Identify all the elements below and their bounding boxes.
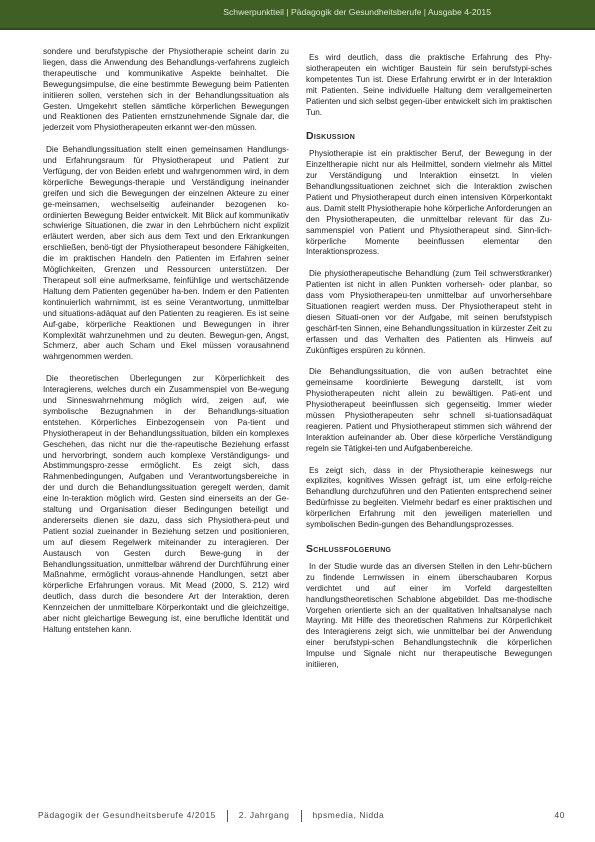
section-heading-schlussfolgerung: Schlussfolgerung (306, 542, 552, 556)
body-paragraph: In der Studie wurde das an diversen Stel… (306, 562, 552, 671)
footer-journal: Pädagogik der Gesundheitsberufe 4/2015 (38, 810, 216, 820)
body-paragraph: Es wird deutlich, dass die praktische Er… (306, 53, 552, 118)
right-text-column: Es wird deutlich, dass die praktische Er… (306, 53, 552, 682)
body-paragraph: Es zeigt sich, dass in der Physiotherapi… (306, 466, 552, 531)
body-paragraph: Physiotherapie ist ein praktischer Beruf… (306, 149, 552, 258)
running-header-title: Schwerpunktteil | Pädagogik der Gesundhe… (223, 7, 491, 17)
body-paragraph: sondere und berufstypische der Physiothe… (43, 47, 289, 134)
footer-volume: 2. Jahrgang (239, 810, 290, 820)
body-paragraph: Die Behandlungssituation, die von außen … (306, 367, 552, 454)
body-paragraph: Die theoretischen Überlegungen zur Körpe… (43, 374, 289, 636)
page-number: 40 (554, 810, 565, 820)
footer-publisher: hpsmedia, Nidda (312, 810, 384, 820)
running-header-bar: Schwerpunktteil | Pädagogik der Gesundhe… (0, 0, 595, 30)
body-paragraph: Die Behandlungssituation stellt einen ge… (43, 145, 289, 363)
footer-divider (301, 810, 302, 822)
section-heading-diskussion: Diskussion (306, 129, 552, 143)
left-text-column: sondere und berufstypische der Physiothe… (43, 47, 289, 647)
body-paragraph: Die physiotherapeutische Behandlung (zum… (306, 269, 552, 356)
page-footer: Pädagogik der Gesundheitsberufe 4/2015 2… (38, 810, 565, 824)
footer-divider (227, 810, 228, 822)
